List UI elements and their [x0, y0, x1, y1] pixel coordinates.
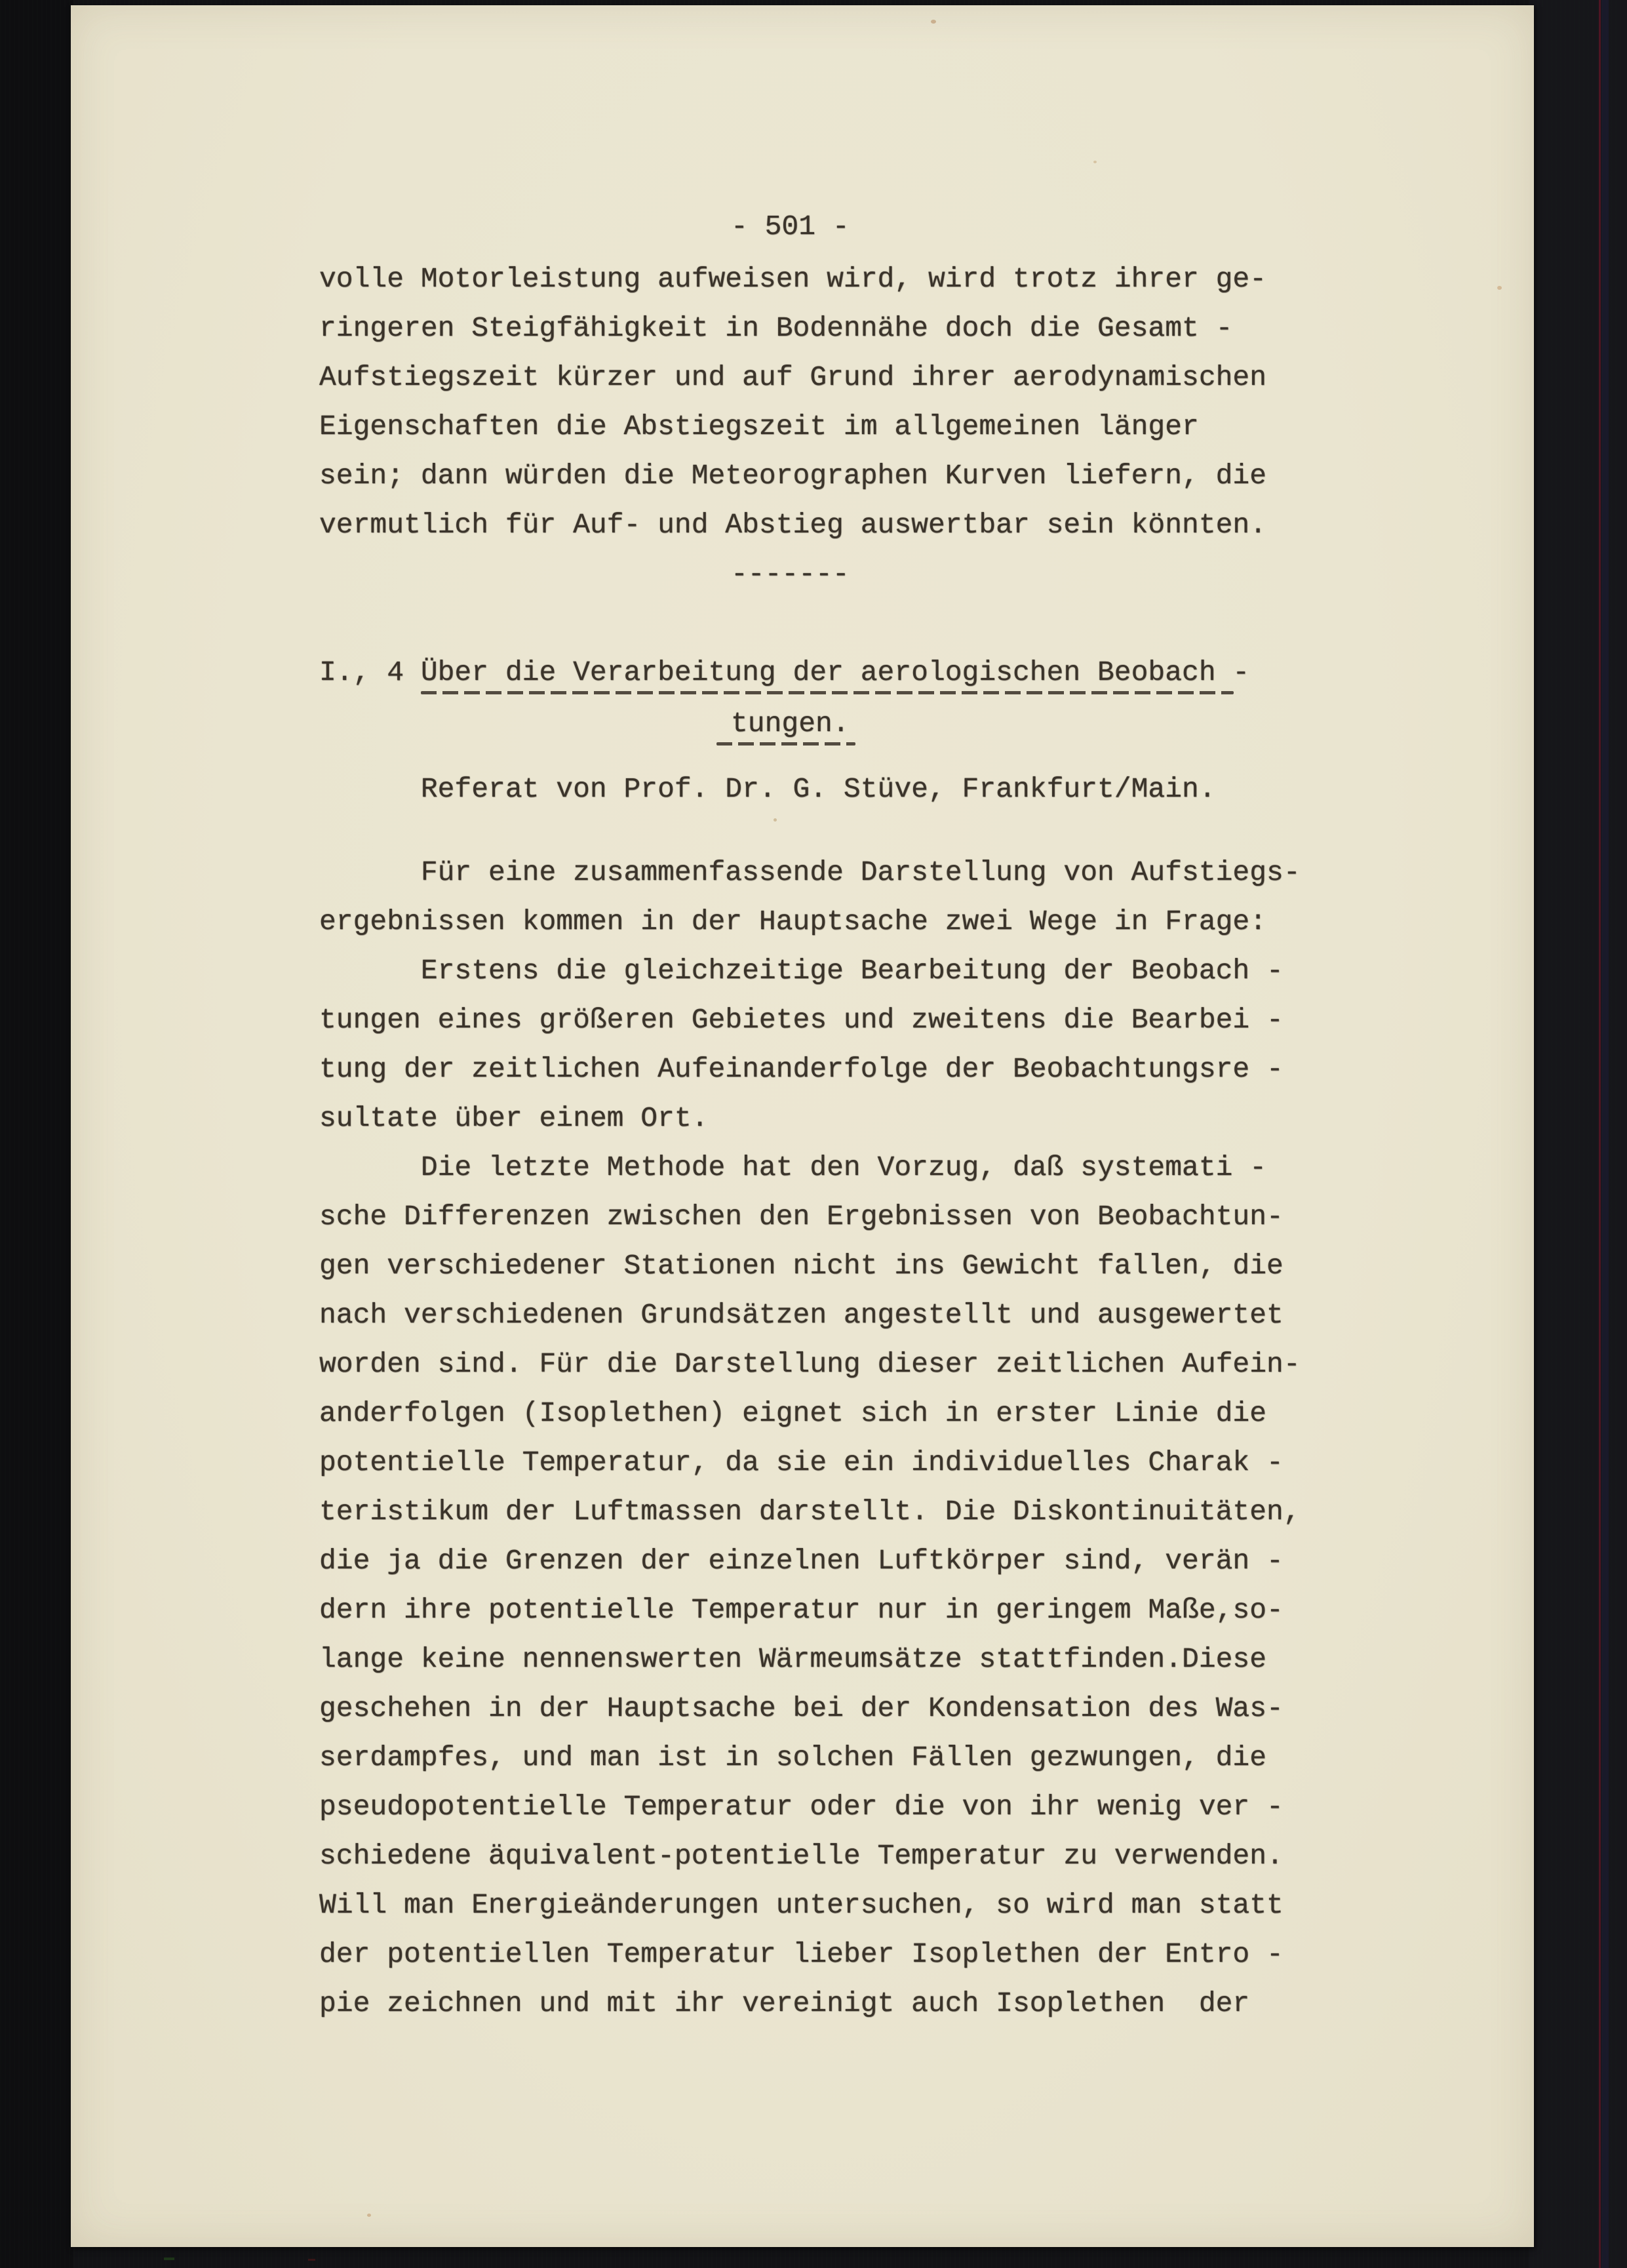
paper-speck — [1497, 286, 1502, 290]
typed-line: teristikum der Luftmassen darstellt. Die… — [319, 1487, 1301, 1536]
scan-noise-red — [308, 2259, 315, 2261]
section-separator: ------- — [731, 549, 850, 599]
typed-line: geschehen in der Hauptsache bei der Kond… — [319, 1684, 1301, 1733]
typed-line: volle Motorleistung aufweisen wird, wird… — [319, 254, 1266, 304]
typed-line: sche Differenzen zwischen den Ergebnisse… — [319, 1192, 1301, 1241]
section-heading: I., 4 Über die Verarbeitung der aerologi… — [319, 648, 1249, 697]
typed-line: dern ihre potentielle Temperatur nur in … — [319, 1585, 1301, 1635]
scanned-page: - 501 - volle Motorleistung aufweisen wi… — [71, 5, 1534, 2247]
typed-line: serdampfes, und man ist in solchen Fälle… — [319, 1733, 1301, 1782]
typed-line: pseudopotentielle Temperatur oder die vo… — [319, 1782, 1301, 1831]
typed-line: ergebnissen kommen in der Hauptsache zwe… — [319, 897, 1301, 946]
section-heading-carryover: tungen. — [731, 699, 850, 748]
typed-line: der potentiellen Temperatur lieber Isopl… — [319, 1930, 1301, 1979]
scan-artifact-blue-band — [1601, 0, 1609, 2268]
typed-line: Erstens die gleichzeitige Bearbeitung de… — [319, 946, 1301, 995]
body-paragraphs: Für eine zusammenfassende Darstellung vo… — [319, 848, 1301, 2028]
scan-noise-green — [164, 2258, 174, 2260]
heading-underline — [421, 691, 1234, 694]
continuation-paragraph: volle Motorleistung aufweisen wird, wird… — [319, 254, 1266, 549]
typed-line: nach verschiedenen Grundsätzen angestell… — [319, 1290, 1301, 1340]
scan-artifact-red-line — [1599, 0, 1601, 2268]
typed-line: gen verschiedener Stationen nicht ins Ge… — [319, 1241, 1301, 1290]
typed-line: anderfolgen (Isoplethen) eignet sich in … — [319, 1389, 1301, 1438]
scan-backdrop: - 501 - volle Motorleistung aufweisen wi… — [0, 0, 1627, 2268]
typed-line: Die letzte Methode hat den Vorzug, daß s… — [319, 1143, 1301, 1192]
typed-line: Aufstiegszeit kürzer und auf Grund ihrer… — [319, 353, 1266, 402]
typed-line: sein; dann würden die Meteorographen Kur… — [319, 451, 1266, 500]
section-heading-carryover-text: tungen. — [731, 707, 850, 740]
typed-line: Will man Energieänderungen untersuchen, … — [319, 1880, 1301, 1930]
typed-line: lange keine nennenswerten Wärmeumsätze s… — [319, 1635, 1301, 1684]
typed-line: pie zeichnen und mit ihr vereinigt auch … — [319, 1979, 1301, 2028]
heading-underline — [716, 742, 855, 746]
typed-line: die ja die Grenzen der einzelnen Luftkör… — [319, 1536, 1301, 1585]
typed-line: vermutlich für Auf- und Abstieg auswertb… — [319, 500, 1266, 549]
typed-line: Eigenschaften die Abstiegszeit im allgem… — [319, 402, 1266, 451]
page-number: - 501 - — [731, 202, 850, 251]
typed-line: worden sind. Für die Darstellung dieser … — [319, 1340, 1301, 1389]
byline: Referat von Prof. Dr. G. Stüve, Frankfur… — [319, 765, 1216, 814]
text-column: - 501 - volle Motorleistung aufweisen wi… — [319, 5, 1342, 2247]
typed-line: potentielle Temperatur, da sie ein indiv… — [319, 1438, 1301, 1487]
typed-line: Für eine zusammenfassende Darstellung vo… — [319, 848, 1301, 897]
typed-line: sultate über einem Ort. — [319, 1094, 1301, 1143]
section-heading-text: I., 4 Über die Verarbeitung der aerologi… — [319, 656, 1249, 688]
typed-line: ringeren Steigfähigkeit in Bodennähe doc… — [319, 304, 1266, 353]
typed-line: tungen eines größeren Gebietes und zweit… — [319, 995, 1301, 1044]
typed-line: schiedene äquivalent-potentielle Tempera… — [319, 1831, 1301, 1880]
typed-line: tung der zeitlichen Aufeinanderfolge der… — [319, 1044, 1301, 1094]
